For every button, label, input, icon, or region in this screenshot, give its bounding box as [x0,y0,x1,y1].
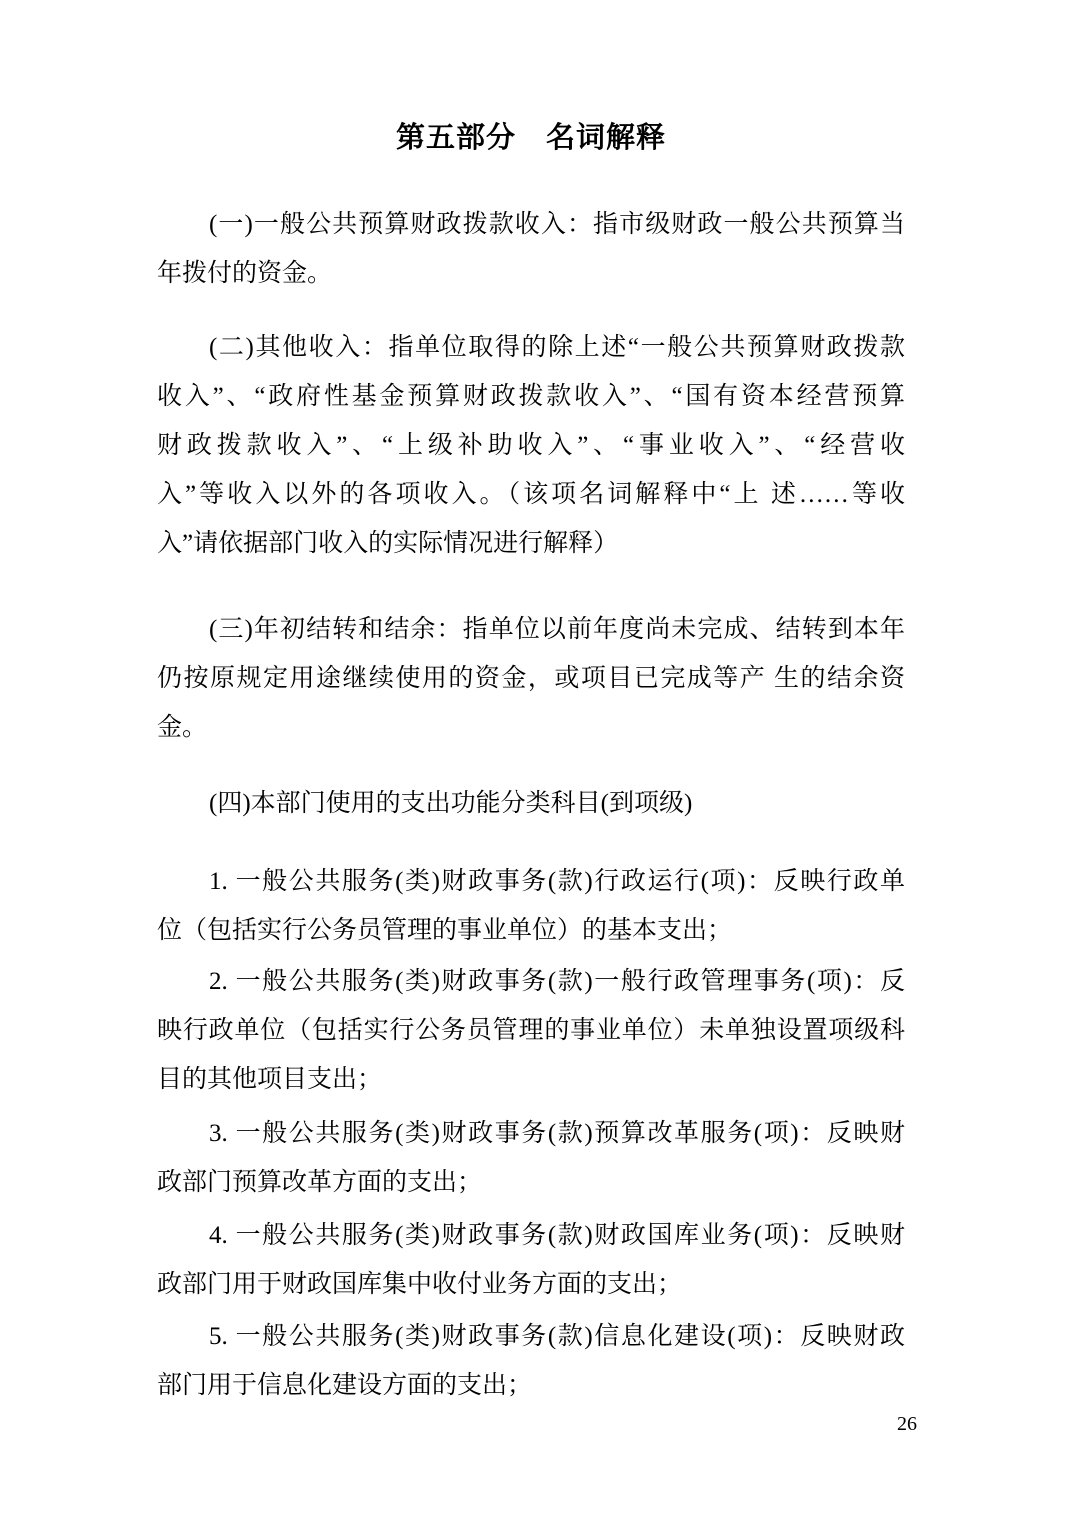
text-line: 部门用于信息化建设方面的支出； [157,1361,905,1410]
text-line: 年拨付的资金。 [157,249,905,298]
text-line: 政部门用于财政国库集中收付业务方面的支出； [157,1260,905,1309]
page-content: 第五部分 名词解释 (一)一般公共预算财政拨款收入：指市级财政一般公共预算当 年… [0,0,1075,1438]
document-page: 第五部分 名词解释 (一)一般公共预算财政拨款收入：指市级财政一般公共预算当 年… [0,0,1075,1520]
list-item-3: 3. 一般公共服务(类)财政事务(款)预算改革服务(项)：反映财 政部门预算改革… [157,1109,905,1207]
text-line: 5. 一般公共服务(类)财政事务(款)信息化建设(项)：反映财政 [157,1312,905,1361]
paragraph-2: (二)其他收入：指单位取得的除上述“一般公共预算财政拨款 收入”、“政府性基金预… [157,323,905,568]
text-line: 位（包括实行公务员管理的事业单位）的基本支出； [157,906,905,955]
text-line: 2. 一般公共服务(类)财政事务(款)一般行政管理事务(项)：反 [157,957,905,1006]
text-line: 政部门预算改革方面的支出； [157,1158,905,1207]
text-line: (三)年初结转和结余：指单位以前年度尚未完成、结转到本年 [157,605,905,654]
paragraph-1: (一)一般公共预算财政拨款收入：指市级财政一般公共预算当 年拨付的资金。 [157,200,905,298]
text-line: 3. 一般公共服务(类)财政事务(款)预算改革服务(项)：反映财 [157,1109,905,1158]
text-line: 金。 [157,703,905,752]
list-item-2: 2. 一般公共服务(类)财政事务(款)一般行政管理事务(项)：反 映行政单位（包… [157,957,905,1104]
text-line: 收入”、“政府性基金预算财政拨款收入”、“国有资本经营预算 [157,372,905,421]
list-item-4: 4. 一般公共服务(类)财政事务(款)财政国库业务(项)：反映财 政部门用于财政… [157,1211,905,1309]
text-line: 1. 一般公共服务(类)财政事务(款)行政运行(项)：反映行政单 [157,857,905,906]
text-line: (四)本部门使用的支出功能分类科目(到项级) [157,779,905,828]
text-line: 财政拨款收入”、“上级补助收入”、“事业收入”、“经营收 [157,421,905,470]
section-title: 第五部分 名词解释 [157,118,905,158]
text-line: 映行政单位（包括实行公务员管理的事业单位）未单独设置项级科 [157,1006,905,1055]
text-line: 入”请依据部门收入的实际情况进行解释） [157,519,905,568]
text-line: 目的其他项目支出； [157,1055,905,1104]
text-line: (一)一般公共预算财政拨款收入：指市级财政一般公共预算当 [157,200,905,249]
paragraph-3: (三)年初结转和结余：指单位以前年度尚未完成、结转到本年 仍按原规定用途继续使用… [157,605,905,752]
text-line: 入”等收入以外的各项收入。（该项名词解释中“上 述……等收 [157,470,905,519]
text-line: (二)其他收入：指单位取得的除上述“一般公共预算财政拨款 [157,323,905,372]
paragraph-4: (四)本部门使用的支出功能分类科目(到项级) [157,779,905,828]
list-item-1: 1. 一般公共服务(类)财政事务(款)行政运行(项)：反映行政单 位（包括实行公… [157,857,905,955]
text-line: 仍按原规定用途继续使用的资金，或项目已完成等产 生的结余资 [157,654,905,703]
text-line: 4. 一般公共服务(类)财政事务(款)财政国库业务(项)：反映财 [157,1211,905,1260]
list-item-5: 5. 一般公共服务(类)财政事务(款)信息化建设(项)：反映财政 部门用于信息化… [157,1312,905,1410]
page-number: 26 [157,1410,917,1438]
